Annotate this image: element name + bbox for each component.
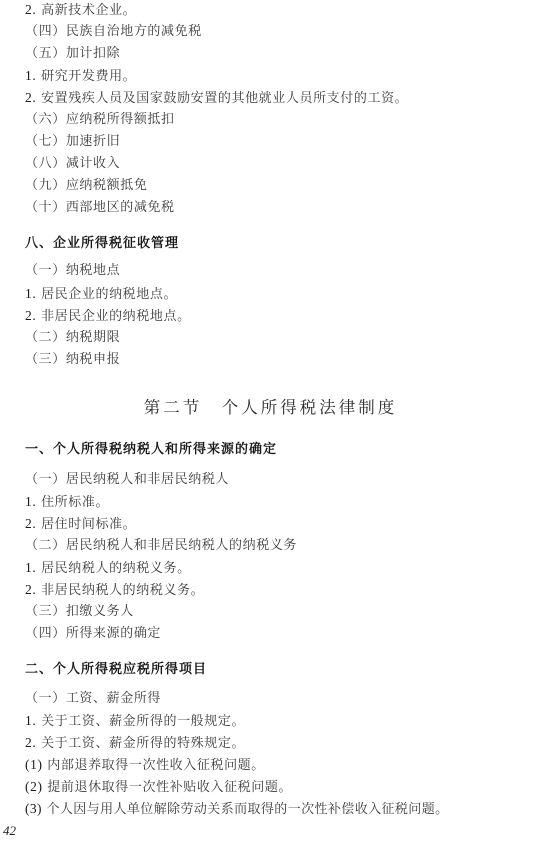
item-prefix: （八） — [25, 156, 66, 171]
list-item: （二）居民纳税人和非居民纳税人的纳税义务 — [25, 538, 297, 554]
chapter-section-title: 第二节 个人所得税法律制度 — [0, 394, 541, 418]
item-prefix: （五） — [25, 46, 66, 61]
list-item: （四）民族自治地方的减免税 — [25, 24, 202, 40]
list-item: (1) 内部退养取得一次性收入征税问题。 — [25, 757, 265, 774]
list-item: （二）纳税期限 — [25, 330, 120, 346]
item-prefix: （六） — [25, 112, 66, 127]
list-item: （七）加速折旧 — [25, 134, 120, 150]
item-text: 加计扣除 — [66, 46, 120, 61]
item-text: 个人因与用人单位解除劳动关系而取得的一次性补偿收入征税问题。 — [47, 802, 449, 817]
item-prefix: 2. — [25, 2, 36, 17]
item-text: 关于工资、薪金所得的特殊规定。 — [41, 736, 245, 751]
item-text: 安置残疾人员及国家鼓励安置的其他就业人员所支付的工资。 — [41, 91, 408, 106]
item-text: 减计收入 — [66, 156, 120, 171]
item-text: 纳税地点 — [66, 263, 120, 278]
item-prefix: （四） — [25, 24, 66, 39]
item-prefix: 2. — [25, 308, 36, 323]
item-text: 居住时间标准。 — [41, 517, 136, 532]
list-item: (3) 个人因与用人单位解除劳动关系而取得的一次性补偿收入征税问题。 — [25, 801, 449, 818]
item-prefix: （四） — [25, 626, 66, 641]
page-number: 42 — [3, 823, 16, 839]
item-text: 居民纳税人的纳税义务。 — [41, 561, 191, 576]
item-prefix: 1. — [25, 713, 36, 728]
list-item: 1. 研究开发费用。 — [25, 68, 136, 85]
item-prefix: 2. — [25, 735, 36, 750]
list-item: 1. 关于工资、薪金所得的一般规定。 — [25, 713, 245, 730]
item-text: 非居民纳税人的纳税义务。 — [41, 583, 204, 598]
list-item: 2. 非居民纳税人的纳税义务。 — [25, 582, 204, 599]
item-text: 关于工资、薪金所得的一般规定。 — [41, 714, 245, 729]
item-prefix: 2. — [25, 516, 36, 531]
list-item: (2) 提前退休取得一次性补贴收入征税问题。 — [25, 779, 292, 796]
list-item: （一）纳税地点 — [25, 263, 120, 279]
item-prefix: （九） — [25, 178, 66, 193]
list-item: 2. 非居民企业的纳税地点。 — [25, 308, 191, 325]
list-item: （三）纳税申报 — [25, 352, 120, 368]
list-item: 2. 关于工资、薪金所得的特殊规定。 — [25, 735, 245, 752]
item-text: 西部地区的减免税 — [66, 200, 175, 215]
list-item: （九）应纳税额抵免 — [25, 178, 147, 194]
list-item: 1. 住所标准。 — [25, 494, 109, 511]
item-prefix: 2. — [25, 90, 36, 105]
item-text: 高新技术企业。 — [41, 3, 136, 18]
list-item: （三）扣缴义务人 — [25, 604, 134, 620]
list-item: 2. 高新技术企业。 — [25, 2, 136, 19]
item-prefix: （一） — [25, 472, 66, 487]
item-text: 应纳税额抵免 — [66, 178, 148, 193]
list-item: 2. 安置残疾人员及国家鼓励安置的其他就业人员所支付的工资。 — [25, 90, 408, 107]
list-item: 1. 居民纳税人的纳税义务。 — [25, 560, 191, 577]
list-item: （十）西部地区的减免税 — [25, 200, 175, 216]
item-text: 研究开发费用。 — [41, 69, 136, 84]
list-item: 1. 居民企业的纳税地点。 — [25, 286, 177, 303]
item-prefix: 1. — [25, 286, 36, 301]
item-text: 应纳税所得额抵扣 — [66, 112, 175, 127]
item-text: 民族自治地方的减免税 — [66, 24, 202, 39]
item-prefix: （七） — [25, 134, 66, 149]
item-text: 加速折旧 — [66, 134, 120, 149]
item-text: 居民企业的纳税地点。 — [41, 287, 177, 302]
item-prefix: （十） — [25, 200, 66, 215]
item-prefix: （二） — [25, 538, 66, 553]
item-prefix: 2. — [25, 582, 36, 597]
item-prefix: 1. — [25, 68, 36, 83]
item-text: 居民纳税人和非居民纳税人 — [66, 472, 229, 487]
item-prefix: （一） — [25, 691, 66, 706]
item-text: 工资、薪金所得 — [66, 691, 161, 706]
item-text: 纳税期限 — [66, 330, 120, 345]
item-text: 内部退养取得一次性收入征税问题。 — [47, 758, 265, 773]
item-prefix: （一） — [25, 263, 66, 278]
item-text: 非居民企业的纳税地点。 — [41, 309, 191, 324]
item-prefix: （三） — [25, 352, 66, 367]
list-item: （四）所得来源的确定 — [25, 626, 161, 642]
item-prefix: (1) — [25, 757, 43, 772]
item-text: 所得来源的确定 — [66, 626, 161, 641]
list-item: 2. 居住时间标准。 — [25, 516, 136, 533]
item-text: 居民纳税人和非居民纳税人的纳税义务 — [66, 538, 297, 553]
list-item: （五）加计扣除 — [25, 46, 120, 62]
item-prefix: 1. — [25, 494, 36, 509]
item-text: 扣缴义务人 — [66, 604, 134, 619]
item-prefix: (3) — [25, 801, 42, 816]
section-heading: 一、个人所得税纳税人和所得来源的确定 — [25, 438, 277, 457]
item-prefix: （二） — [25, 330, 66, 345]
section-heading: 二、个人所得税应税所得项目 — [25, 658, 207, 677]
item-text: 提前退休取得一次性补贴收入征税问题。 — [47, 780, 292, 795]
section-heading: 八、企业所得税征收管理 — [25, 232, 179, 251]
item-text: 纳税申报 — [66, 352, 120, 367]
list-item: （一）工资、薪金所得 — [25, 691, 161, 707]
item-prefix: （三） — [25, 604, 66, 619]
item-text: 住所标准。 — [41, 495, 109, 510]
list-item: （六）应纳税所得额抵扣 — [25, 112, 175, 128]
list-item: （八）减计收入 — [25, 156, 120, 172]
list-item: （一）居民纳税人和非居民纳税人 — [25, 472, 229, 488]
item-prefix: 1. — [25, 560, 36, 575]
item-prefix: (2) — [25, 779, 43, 794]
